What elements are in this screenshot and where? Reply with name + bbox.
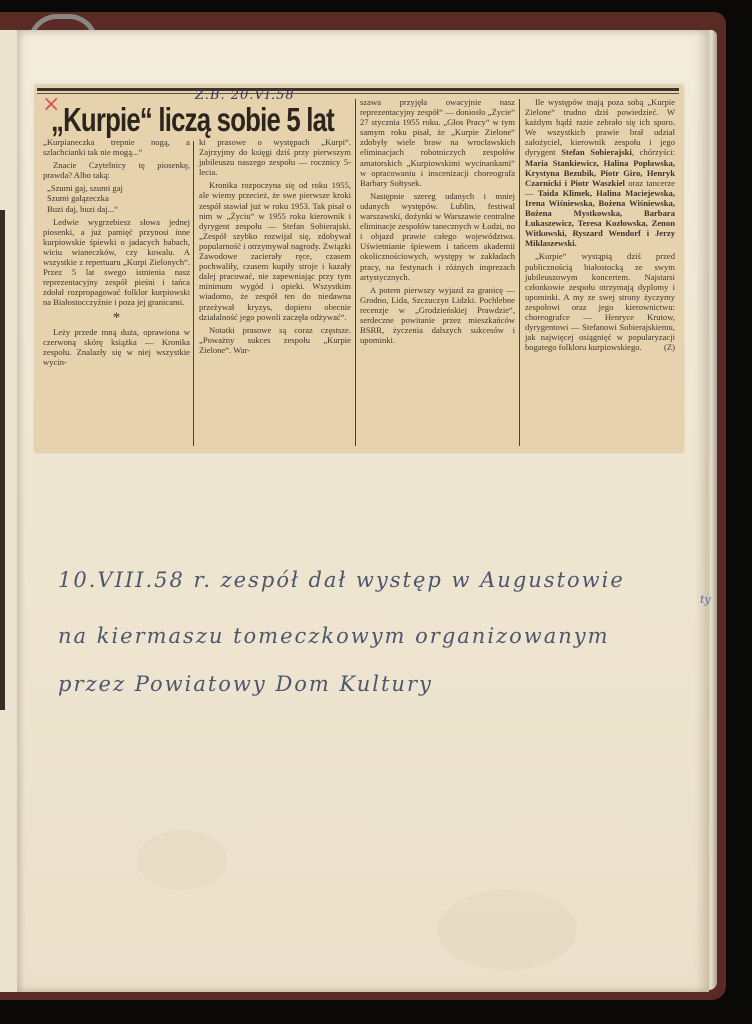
article-paragraph: „Szumi gaj, szumi gajSzumi gałązeczkaBuz… [43, 183, 190, 213]
handwritten-line-1: 10.VIII.58 r. zespół dał występ w August… [58, 568, 625, 592]
article-paragraph: Następnie szereg udanych i mniej udanych… [360, 191, 515, 282]
handwritten-line-3: przez Powiatowy Dom Kultury [58, 672, 433, 696]
article-column-4: Ile występów mają poza sobą „Kurpie Ziel… [525, 97, 675, 355]
article-paragraph: * [43, 311, 190, 325]
article-paragraph: „Kurpie“ wystąpią dziś przed publicznośc… [525, 251, 675, 352]
article-column-1: „Kurpianeczka trepnie nogą, a szlachcian… [43, 137, 190, 370]
article-headline: „Kurpie“ liczą sobie 5 lat [51, 101, 334, 139]
column-divider [355, 99, 356, 446]
article-paragraph: ki prasowe o występach „Kurpi“. Zajrzyjm… [199, 137, 351, 177]
article-paragraph: Leży przede mną duża, oprawiona w czerwo… [43, 327, 190, 367]
author-signature: (Z) [654, 342, 675, 352]
newspaper-clipping: × Z.B. 20.VI.58 „Kurpie“ liczą sobie 5 l… [35, 85, 683, 452]
left-binding-strip [0, 210, 5, 710]
paper-stain [437, 890, 577, 970]
article-paragraph: Notatki prasowe są coraz częstsze. „Powa… [199, 325, 351, 355]
article-paragraph: Ledwie wygrzebiesz słowa jednej piosenki… [43, 217, 190, 308]
article-paragraph: A potem pierwszy wyjazd za granicę — Gro… [360, 285, 515, 346]
margin-pen-mark: ty [700, 593, 711, 606]
article-paragraph: Kronika rozpoczyna się od roku 1955, ale… [199, 180, 351, 321]
header-rule-thin [37, 93, 679, 94]
paper-stain [137, 830, 227, 890]
handwritten-line-2: na kiermaszu tomeczkowym organizowanym [58, 624, 610, 648]
article-paragraph: szawa przyjęła owacyjnie nasz reprezenta… [360, 97, 515, 188]
article-paragraph: Ile występów mają poza sobą „Kurpie Ziel… [525, 97, 675, 248]
column-divider [193, 141, 194, 446]
article-paragraph: Znacie Czytelnicy tę piosenkę, prawda? A… [43, 160, 190, 180]
article-paragraph: „Kurpianeczka trepnie nogą, a szlachcian… [43, 137, 190, 157]
header-rule [37, 88, 679, 91]
article-column-2: ki prasowe o występach „Kurpi“. Zajrzyjm… [199, 137, 351, 358]
column-divider [519, 99, 520, 446]
article-column-3: szawa przyjęła owacyjnie nasz reprezenta… [360, 97, 515, 348]
